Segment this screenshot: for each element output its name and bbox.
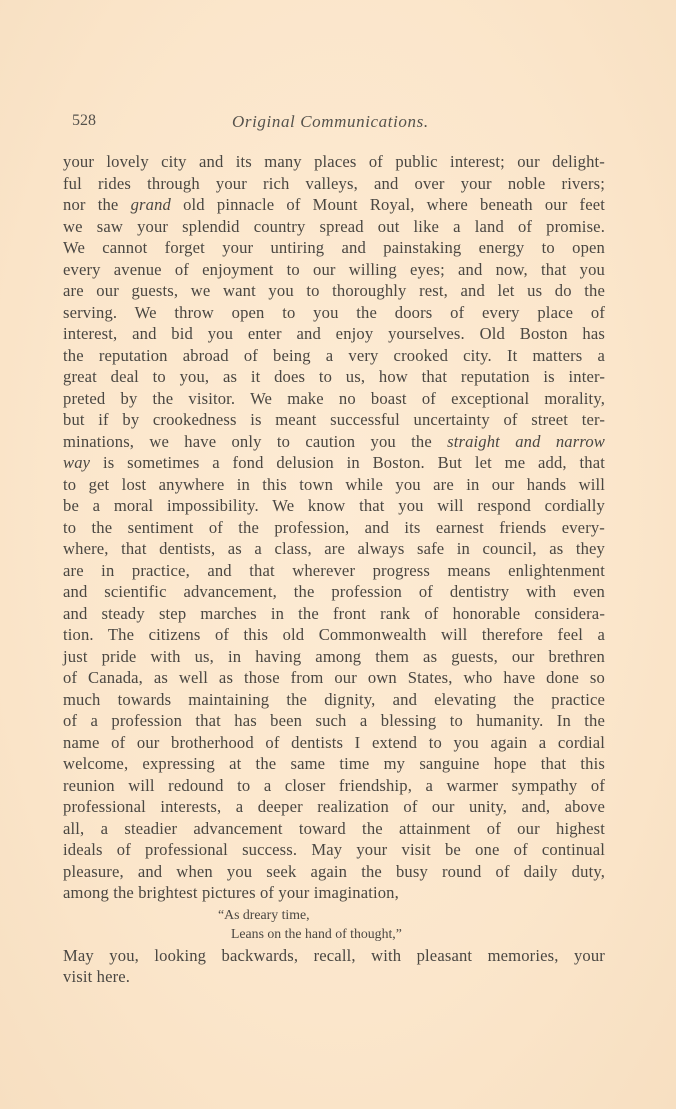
closing-paragraph: May you, looking backwards, recall, with… (63, 945, 605, 988)
text-line: ideals of professional success. May your… (63, 839, 605, 861)
text-line: we saw your splendid country spread out … (63, 216, 605, 238)
text-line: all, a steadier advancement toward the a… (63, 818, 605, 840)
text-line: nor the grand old pinnacle of Mount Roya… (63, 194, 605, 216)
text-line: and scientific advancement, the professi… (63, 581, 605, 603)
text-line: much towards maintaining the dignity, an… (63, 689, 605, 711)
text-line: May you, looking backwards, recall, with… (63, 945, 605, 967)
text-line: to the sentiment of the profession, and … (63, 517, 605, 539)
text-line: way is sometimes a fond delusion in Bost… (63, 452, 605, 474)
text-line: name of our brotherhood of dentists I ex… (63, 732, 605, 754)
text-line: welcome, expressing at the same time my … (63, 753, 605, 775)
text-line: just pride with us, in having among them… (63, 646, 605, 668)
text-line: tion. The citizens of this old Commonwea… (63, 624, 605, 646)
text-line: We cannot forget your untiring and pains… (63, 237, 605, 259)
text-line: of Canada, as well as those from our own… (63, 667, 605, 689)
body-text: your lovely city and its many places of … (63, 151, 605, 904)
text-line: where, that dentists, as a class, are al… (63, 538, 605, 560)
document-page: 528 Original Communications. your lovely… (0, 0, 676, 1109)
text-line: pleasure, and when you seek again the bu… (63, 861, 605, 883)
italic-text: straight and narrow (447, 432, 605, 451)
italic-text: grand (131, 195, 171, 214)
text-line: great deal to you, as it does to us, how… (63, 366, 605, 388)
text-line: and steady step marches in the front ran… (63, 603, 605, 625)
text-line: be a moral impossibility. We know that y… (63, 495, 605, 517)
text-line: visit here. (63, 966, 605, 988)
text-line: of a profession that has been such a ble… (63, 710, 605, 732)
text-line: the reputation abroad of being a very cr… (63, 345, 605, 367)
text-line: among the brightest pictures of your ima… (63, 882, 605, 904)
text-line: every avenue of enjoyment to our willing… (63, 259, 605, 281)
paragraph: your lovely city and its many places of … (63, 151, 605, 904)
italic-text: way (63, 453, 90, 472)
text-line: ful rides through your rich valleys, and… (63, 173, 605, 195)
text-line: serving. We throw open to you the doors … (63, 302, 605, 324)
running-title: Original Communications. (232, 112, 429, 132)
quote-line: Leans on the hand of thought,” (231, 924, 402, 943)
text-line: your lovely city and its many places of … (63, 151, 605, 173)
text-line: to get lost anywhere in this town while … (63, 474, 605, 496)
text-line: are our guests, we want you to thoroughl… (63, 280, 605, 302)
text-line: professional interests, a deeper realiza… (63, 796, 605, 818)
text-line: minations, we have only to caution you t… (63, 431, 605, 453)
text-line: interest, and bid you enter and enjoy yo… (63, 323, 605, 345)
text-line: are in practice, and that wherever progr… (63, 560, 605, 582)
text-line: reunion will redound to a closer friends… (63, 775, 605, 797)
page-number: 528 (72, 112, 96, 130)
running-head: 528 Original Communications. (72, 112, 604, 134)
text-line: preted by the visitor. We make no boast … (63, 388, 605, 410)
quote-line: “As dreary time, (218, 905, 310, 924)
text-line: but if by crookedness is meant successfu… (63, 409, 605, 431)
